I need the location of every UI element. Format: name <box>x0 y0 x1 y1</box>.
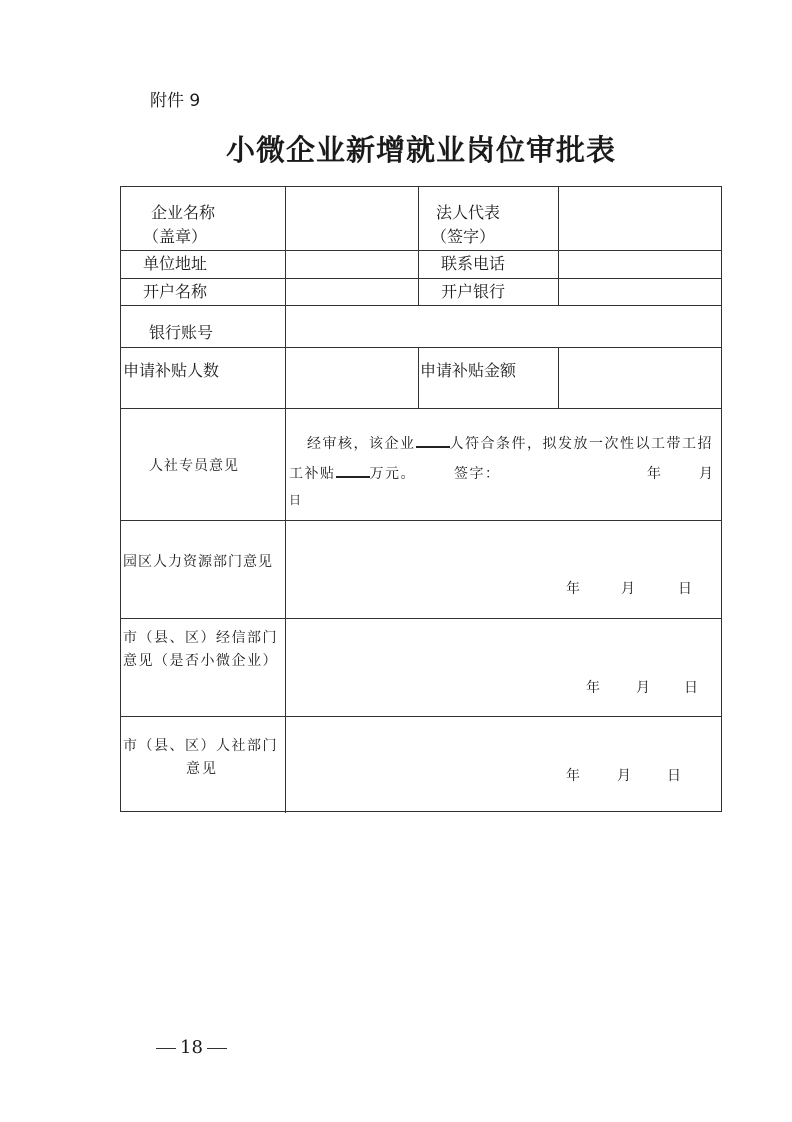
subsidy-count-field[interactable] <box>287 348 417 407</box>
subsidy-count-label: 申请补贴人数 <box>123 359 219 383</box>
hr-specialist-opinion-label: 人社专员意见 <box>149 454 239 478</box>
legal-rep-sign-note: （签字） <box>431 225 495 249</box>
subsidy-amount-blank[interactable] <box>336 462 370 478</box>
review-text-part1: 经审核，该企业 <box>307 436 416 452</box>
economic-dept-opinion-label: 市（县、区）经信部门 <box>123 626 278 650</box>
hr-specialist-opinion-text: 经审核，该企业人符合条件，拟发放一次性以工带工招 工补贴万元。 签字： 年 月 … <box>289 429 719 511</box>
year-label: 年 <box>566 578 580 598</box>
economic-dept-opinion-field[interactable] <box>287 620 720 715</box>
month-label: 月 <box>699 459 715 489</box>
year-label: 年 <box>566 765 580 785</box>
phone-label: 联系电话 <box>441 252 505 276</box>
company-name-field[interactable] <box>287 187 417 249</box>
review-text-part3: 工补贴 <box>289 466 336 482</box>
page-number-value: 18 <box>180 1037 203 1058</box>
day-label: 日 <box>684 677 698 697</box>
qualified-count-blank[interactable] <box>416 432 450 448</box>
day-label: 日 <box>667 765 681 785</box>
legal-rep-label: 法人代表 <box>436 201 500 225</box>
bank-account-field[interactable] <box>287 306 720 346</box>
day-label: 日 <box>678 578 692 598</box>
column-divider <box>558 347 559 408</box>
dash-decoration <box>207 1048 227 1049</box>
month-label: 月 <box>636 677 650 697</box>
signature-label: 签字： <box>454 466 501 482</box>
bank-account-label: 银行账号 <box>149 321 213 345</box>
phone-field[interactable] <box>560 251 720 277</box>
city-hr-dept-opinion-field[interactable] <box>287 718 720 811</box>
review-text-part2: 人符合条件，拟发放一次性以工带工招 <box>450 436 714 452</box>
subsidy-amount-field[interactable] <box>560 348 720 407</box>
bank-label: 开户银行 <box>441 280 505 304</box>
city-hr-dept-opinion-label-line2: 意见 <box>186 757 218 781</box>
company-seal-note: （盖章） <box>143 225 207 249</box>
column-divider <box>285 187 286 813</box>
day-label: 日 <box>289 489 719 511</box>
economic-dept-opinion-note: 意见（是否小微企业） <box>123 649 278 673</box>
row-divider <box>121 408 721 409</box>
row-divider <box>121 716 721 717</box>
bank-field[interactable] <box>560 279 720 304</box>
page-number: 18 <box>152 1037 231 1058</box>
address-field[interactable] <box>287 251 417 277</box>
legal-rep-field[interactable] <box>560 187 720 249</box>
row-divider <box>121 520 721 521</box>
account-name-label: 开户名称 <box>143 280 207 304</box>
month-label: 月 <box>617 765 631 785</box>
city-hr-dept-opinion-label: 市（县、区）人社部门 <box>123 734 278 758</box>
month-label: 月 <box>621 578 635 598</box>
row-divider <box>121 618 721 619</box>
column-divider <box>558 187 559 305</box>
year-label: 年 <box>586 677 600 697</box>
park-hr-opinion-field[interactable] <box>287 522 720 617</box>
company-name-label: 企业名称 <box>151 201 215 225</box>
attachment-label: 附件 9 <box>150 86 200 111</box>
subsidy-amount-label: 申请补贴金额 <box>420 359 516 383</box>
approval-form-table: 企业名称 （盖章） 法人代表 （签字） 单位地址 联系电话 开户名称 开户银行 … <box>120 186 722 812</box>
dash-decoration <box>156 1048 176 1049</box>
review-text-part4: 万元。 <box>370 466 417 482</box>
page-title: 小微企业新增就业岗位审批表 <box>0 128 792 169</box>
column-divider <box>418 187 419 305</box>
park-hr-opinion-label: 园区人力资源部门意见 <box>123 550 273 574</box>
year-label: 年 <box>647 459 663 489</box>
address-label: 单位地址 <box>143 252 207 276</box>
account-name-field[interactable] <box>287 279 417 304</box>
column-divider <box>418 347 419 408</box>
